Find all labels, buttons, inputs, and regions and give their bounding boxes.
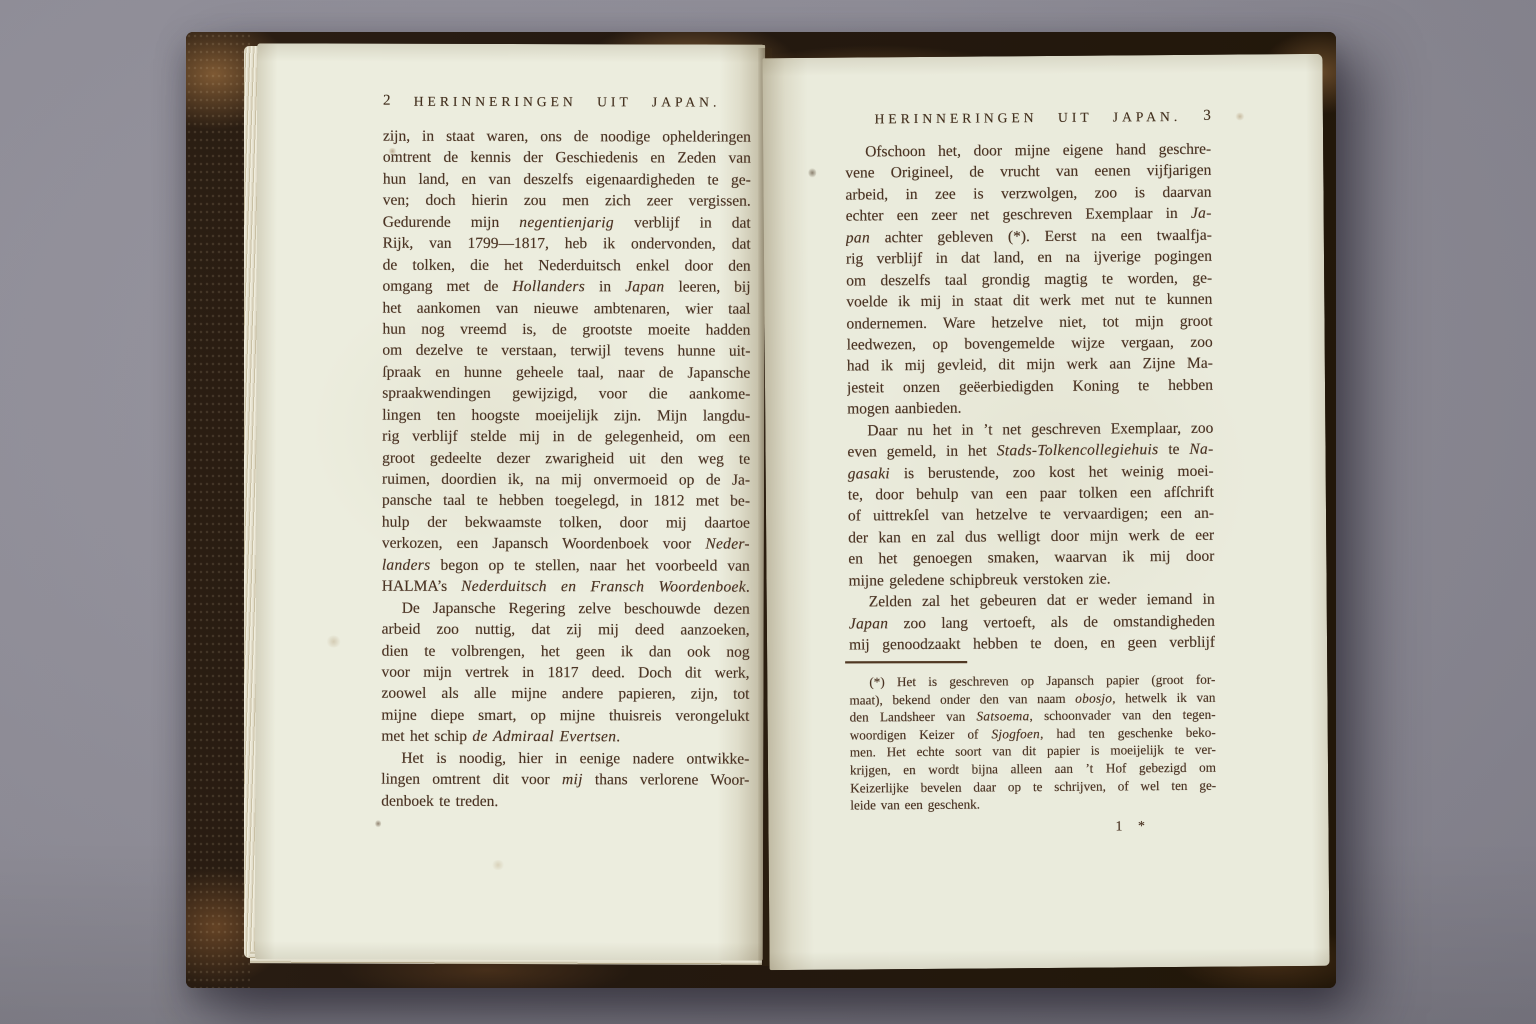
text-line: had ik mij gevleid, dit mijn werk aan Zi… <box>847 353 1213 377</box>
footnote-rule <box>845 661 967 663</box>
text-line: omgang met de Hollanders in Japan leeren… <box>383 276 751 298</box>
text-line: pansche taal te hebben toegelegd, in 181… <box>382 490 750 512</box>
text-line: hun land, en van deszelfs eigenaardighed… <box>383 169 751 191</box>
text-line: Daar nu het in ’t net geschreven Exempla… <box>847 417 1213 441</box>
foxing-spot <box>1235 112 1245 120</box>
text-line: ven; doch hierin zou men zich zeer vergi… <box>383 190 751 212</box>
text-line: groot gedeelte dezer zwarigheid uit den … <box>382 447 750 469</box>
text-line: arbeid, in zee is verzwolgen, zoo is daa… <box>845 182 1211 206</box>
running-title-right: HERINNERINGEN UIT JAPAN. <box>845 109 1211 128</box>
text-line: het aankomen van nieuwe ambtenaren, wier… <box>382 297 750 319</box>
text-line: Keizerlijke bevelen daar op te schrijven… <box>850 776 1216 796</box>
text-line: mogen aanbieden. <box>847 396 1213 420</box>
text-line: met het schip de Admiraal Evertsen. <box>381 726 749 748</box>
photo-background: 2 HERINNERINGEN UIT JAPAN. zijn, in staa… <box>0 0 1536 1024</box>
text-line: mij genoodzaakt hebben te doen, en geen … <box>849 632 1215 656</box>
text-line: te, door behulp van een paar tolken een … <box>848 482 1214 506</box>
text-line: De Japansche Regering zelve beschouwde d… <box>382 597 750 619</box>
text-line: leide van een geschenk. <box>850 794 1216 814</box>
text-line: krijgen, en wordt bijna alleen aan ’t Ho… <box>850 759 1216 779</box>
left-page-header: 2 HERINNERINGEN UIT JAPAN. <box>383 94 751 111</box>
text-line: pan achter gebleven (*). Eerst na een tw… <box>846 224 1212 248</box>
text-line: vene Origineel, de vrucht van eenen vijf… <box>845 160 1211 184</box>
text-line: leedwezen, op bovengemelde wijze vergaan… <box>847 332 1213 356</box>
foxing-spot <box>388 148 397 155</box>
foxing-spot <box>375 820 381 828</box>
text-line: de tolken, die het Nederduitsch enkel do… <box>383 254 751 276</box>
text-line: ondernemen. Ware hetzelve niet, tot mijn… <box>846 310 1212 334</box>
text-line: lingen ten hoogste moeijelijk zijn. Mijn… <box>382 404 750 426</box>
running-title-left: HERINNERINGEN UIT JAPAN. <box>383 94 751 111</box>
text-line: en het genoegen smaken, waarvan ik mij d… <box>848 546 1214 570</box>
footnote-text: (*) Het is geschreven op Japansch papier… <box>849 671 1216 815</box>
page-number-left: 2 <box>383 93 391 110</box>
right-page-text: Ofschoon het, door mijne eigene hand ges… <box>845 139 1215 656</box>
text-line: zijn, in staat waren, ons de noodige oph… <box>383 126 751 148</box>
text-line: lingen omtrent dit voor mij thans verlor… <box>381 769 749 791</box>
left-page: 2 HERINNERINGEN UIT JAPAN. zijn, in staa… <box>255 43 765 960</box>
text-line: omtrent de kennis der Geschiedenis en Ze… <box>383 147 751 169</box>
text-line: mijne diepe smart, op mijne thuisreis ve… <box>381 704 749 726</box>
text-line: echter een zeer net geschreven Exemplaar… <box>846 203 1212 227</box>
text-line: hulp der bekwaamste tolken, door mij daa… <box>382 512 750 534</box>
leather-texture <box>186 32 250 988</box>
text-line: HALMA’s Nederduitsch en Fransch Woordenb… <box>382 576 750 598</box>
right-page: HERINNERINGEN UIT JAPAN. 3 Ofschoon het,… <box>762 54 1329 970</box>
text-line: rig verblijf in dat land, en na ijverige… <box>846 246 1212 270</box>
text-line: landers begon op te stellen, naar het vo… <box>382 554 750 576</box>
text-line: ſpraak en hunne geheele taal, naar de Ja… <box>382 361 750 383</box>
signature-mark: 1 * <box>1115 819 1151 835</box>
text-line: ruimen, doordien ik, na mij onvermoeid o… <box>382 469 750 491</box>
book: 2 HERINNERINGEN UIT JAPAN. zijn, in staa… <box>186 32 1336 988</box>
text-line: Zelden zal het gebeuren dat er weder iem… <box>849 589 1215 613</box>
text-line: om dezelve te verstaan, terwijl tevens h… <box>382 340 750 362</box>
text-line: Gedurende mijn negentienjarig verblijf i… <box>383 211 751 233</box>
foxing-spot <box>491 860 505 870</box>
page-number-right: 3 <box>1203 108 1211 125</box>
text-line: Het is noodig, hier in eenige nadere ont… <box>381 747 749 769</box>
right-page-header: HERINNERINGEN UIT JAPAN. 3 <box>845 109 1211 128</box>
text-line: gasaki is berustende, zoo kost het weini… <box>848 460 1214 484</box>
text-line: hun nog vreemd is, de grootste moeite ha… <box>382 319 750 341</box>
left-page-text: zijn, in staat waren, ons de noodige oph… <box>381 126 751 813</box>
text-line: of uittrekſel van hetzelve te vervaardig… <box>848 503 1214 527</box>
text-line: arbeid zoo nuttig, dat zij mij deed aanz… <box>382 619 750 641</box>
text-line: verkozen, een Japansch Woordenboek voor … <box>382 533 750 555</box>
text-line: Rijk, van 1799—1817, heb ik ondervonden,… <box>383 233 751 255</box>
text-line: rig verblijf stelde mij in de gelegenhei… <box>382 426 750 448</box>
text-line: spraakwendingen gewijzigd, voor die aank… <box>382 383 750 405</box>
text-line: even gemeld, in het Stads-Tolkencollegie… <box>847 439 1213 463</box>
text-line: voelde ik mij in staat dit werk met nut … <box>846 289 1212 313</box>
text-line: (*) Het is geschreven op Japansch papier… <box>849 671 1215 691</box>
text-line: dien te volbrengen, het geen ik dan ook … <box>382 640 750 662</box>
text-line: Japan zoo lang vertoeft, als de omstandi… <box>849 610 1215 634</box>
text-line: zoowel als alle mijne andere papieren, z… <box>381 683 749 705</box>
text-line: jesteit onzen geëerbiedigden Koning te h… <box>847 374 1213 398</box>
foxing-spot <box>326 636 342 648</box>
text-line: voor mijn vertrek in 1817 deed. Doch dit… <box>382 662 750 684</box>
text-line: om deszelfs taal grondig magtig te worde… <box>846 267 1212 291</box>
text-line: Ofschoon het, door mijne eigene hand ges… <box>845 139 1211 163</box>
text-line: denboek te treden. <box>381 790 749 812</box>
text-line: der kan en zal dus welligt door mijn wer… <box>848 525 1214 549</box>
text-line: mijne geledene schipbreuk verstoken zie. <box>848 567 1214 591</box>
ink-speck <box>808 168 816 178</box>
